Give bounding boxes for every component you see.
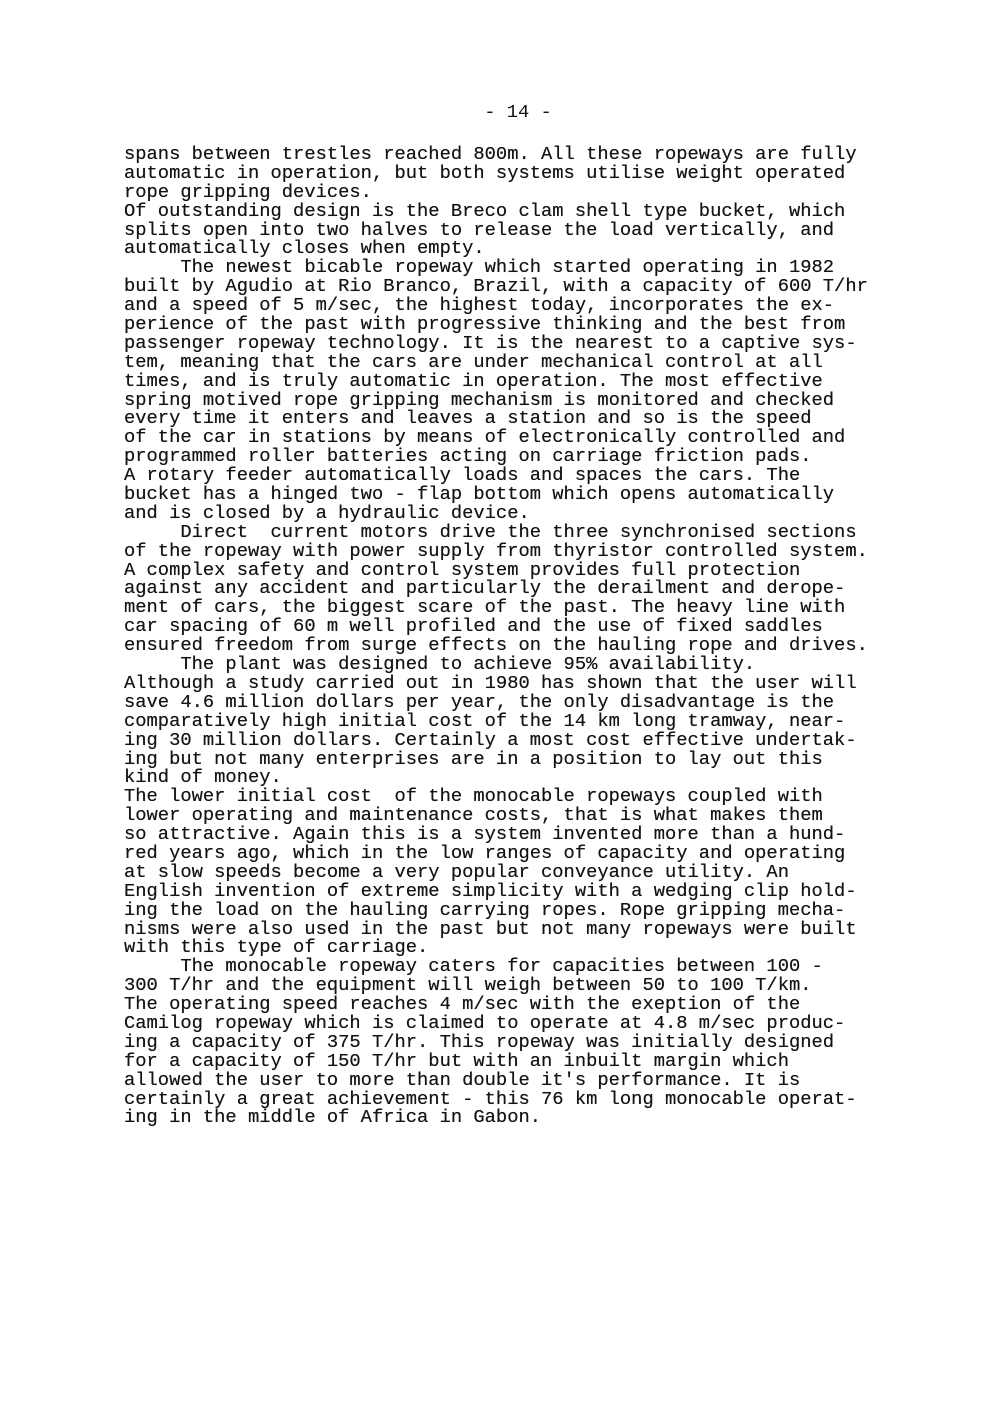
text-line: Direct current motors drive the three sy… bbox=[124, 523, 868, 542]
text-line: red years ago, which in the low ranges o… bbox=[124, 844, 868, 863]
text-line: Of outstanding design is the Breco clam … bbox=[124, 202, 868, 221]
text-line: automatic in operation, but both systems… bbox=[124, 164, 868, 183]
text-line: times, and is truly automatic in operati… bbox=[124, 372, 868, 391]
text-line: for a capacity of 150 T/hr but with an i… bbox=[124, 1052, 868, 1071]
text-line: of the ropeway with power supply from th… bbox=[124, 542, 868, 561]
text-line: ing the load on the hauling carrying rop… bbox=[124, 901, 868, 920]
document-page: - 14 - spans between trestles reached 80… bbox=[0, 0, 1000, 1420]
text-line: rope gripping devices. bbox=[124, 183, 868, 202]
text-line: passenger ropeway technology. It is the … bbox=[124, 334, 868, 353]
text-line: at slow speeds become a very popular con… bbox=[124, 863, 868, 882]
text-line: allowed the user to more than double it'… bbox=[124, 1071, 868, 1090]
text-line: save 4.6 million dollars per year, the o… bbox=[124, 693, 868, 712]
text-line: ing in the middle of Africa in Gabon. bbox=[124, 1108, 868, 1127]
text-line: English invention of extreme simplicity … bbox=[124, 882, 868, 901]
text-line: ing 30 million dollars. Certainly a most… bbox=[124, 731, 868, 750]
text-line: ing a capacity of 375 T/hr. This ropeway… bbox=[124, 1033, 868, 1052]
page-number: - 14 - bbox=[0, 101, 1000, 123]
body-text: spans between trestles reached 800m. All… bbox=[124, 145, 868, 1127]
text-line: and is closed by a hydraulic device. bbox=[124, 504, 868, 523]
text-line: comparatively high initial cost of the 1… bbox=[124, 712, 868, 731]
text-line: tem, meaning that the cars are under mec… bbox=[124, 353, 868, 372]
text-line: Although a study carried out in 1980 has… bbox=[124, 674, 868, 693]
